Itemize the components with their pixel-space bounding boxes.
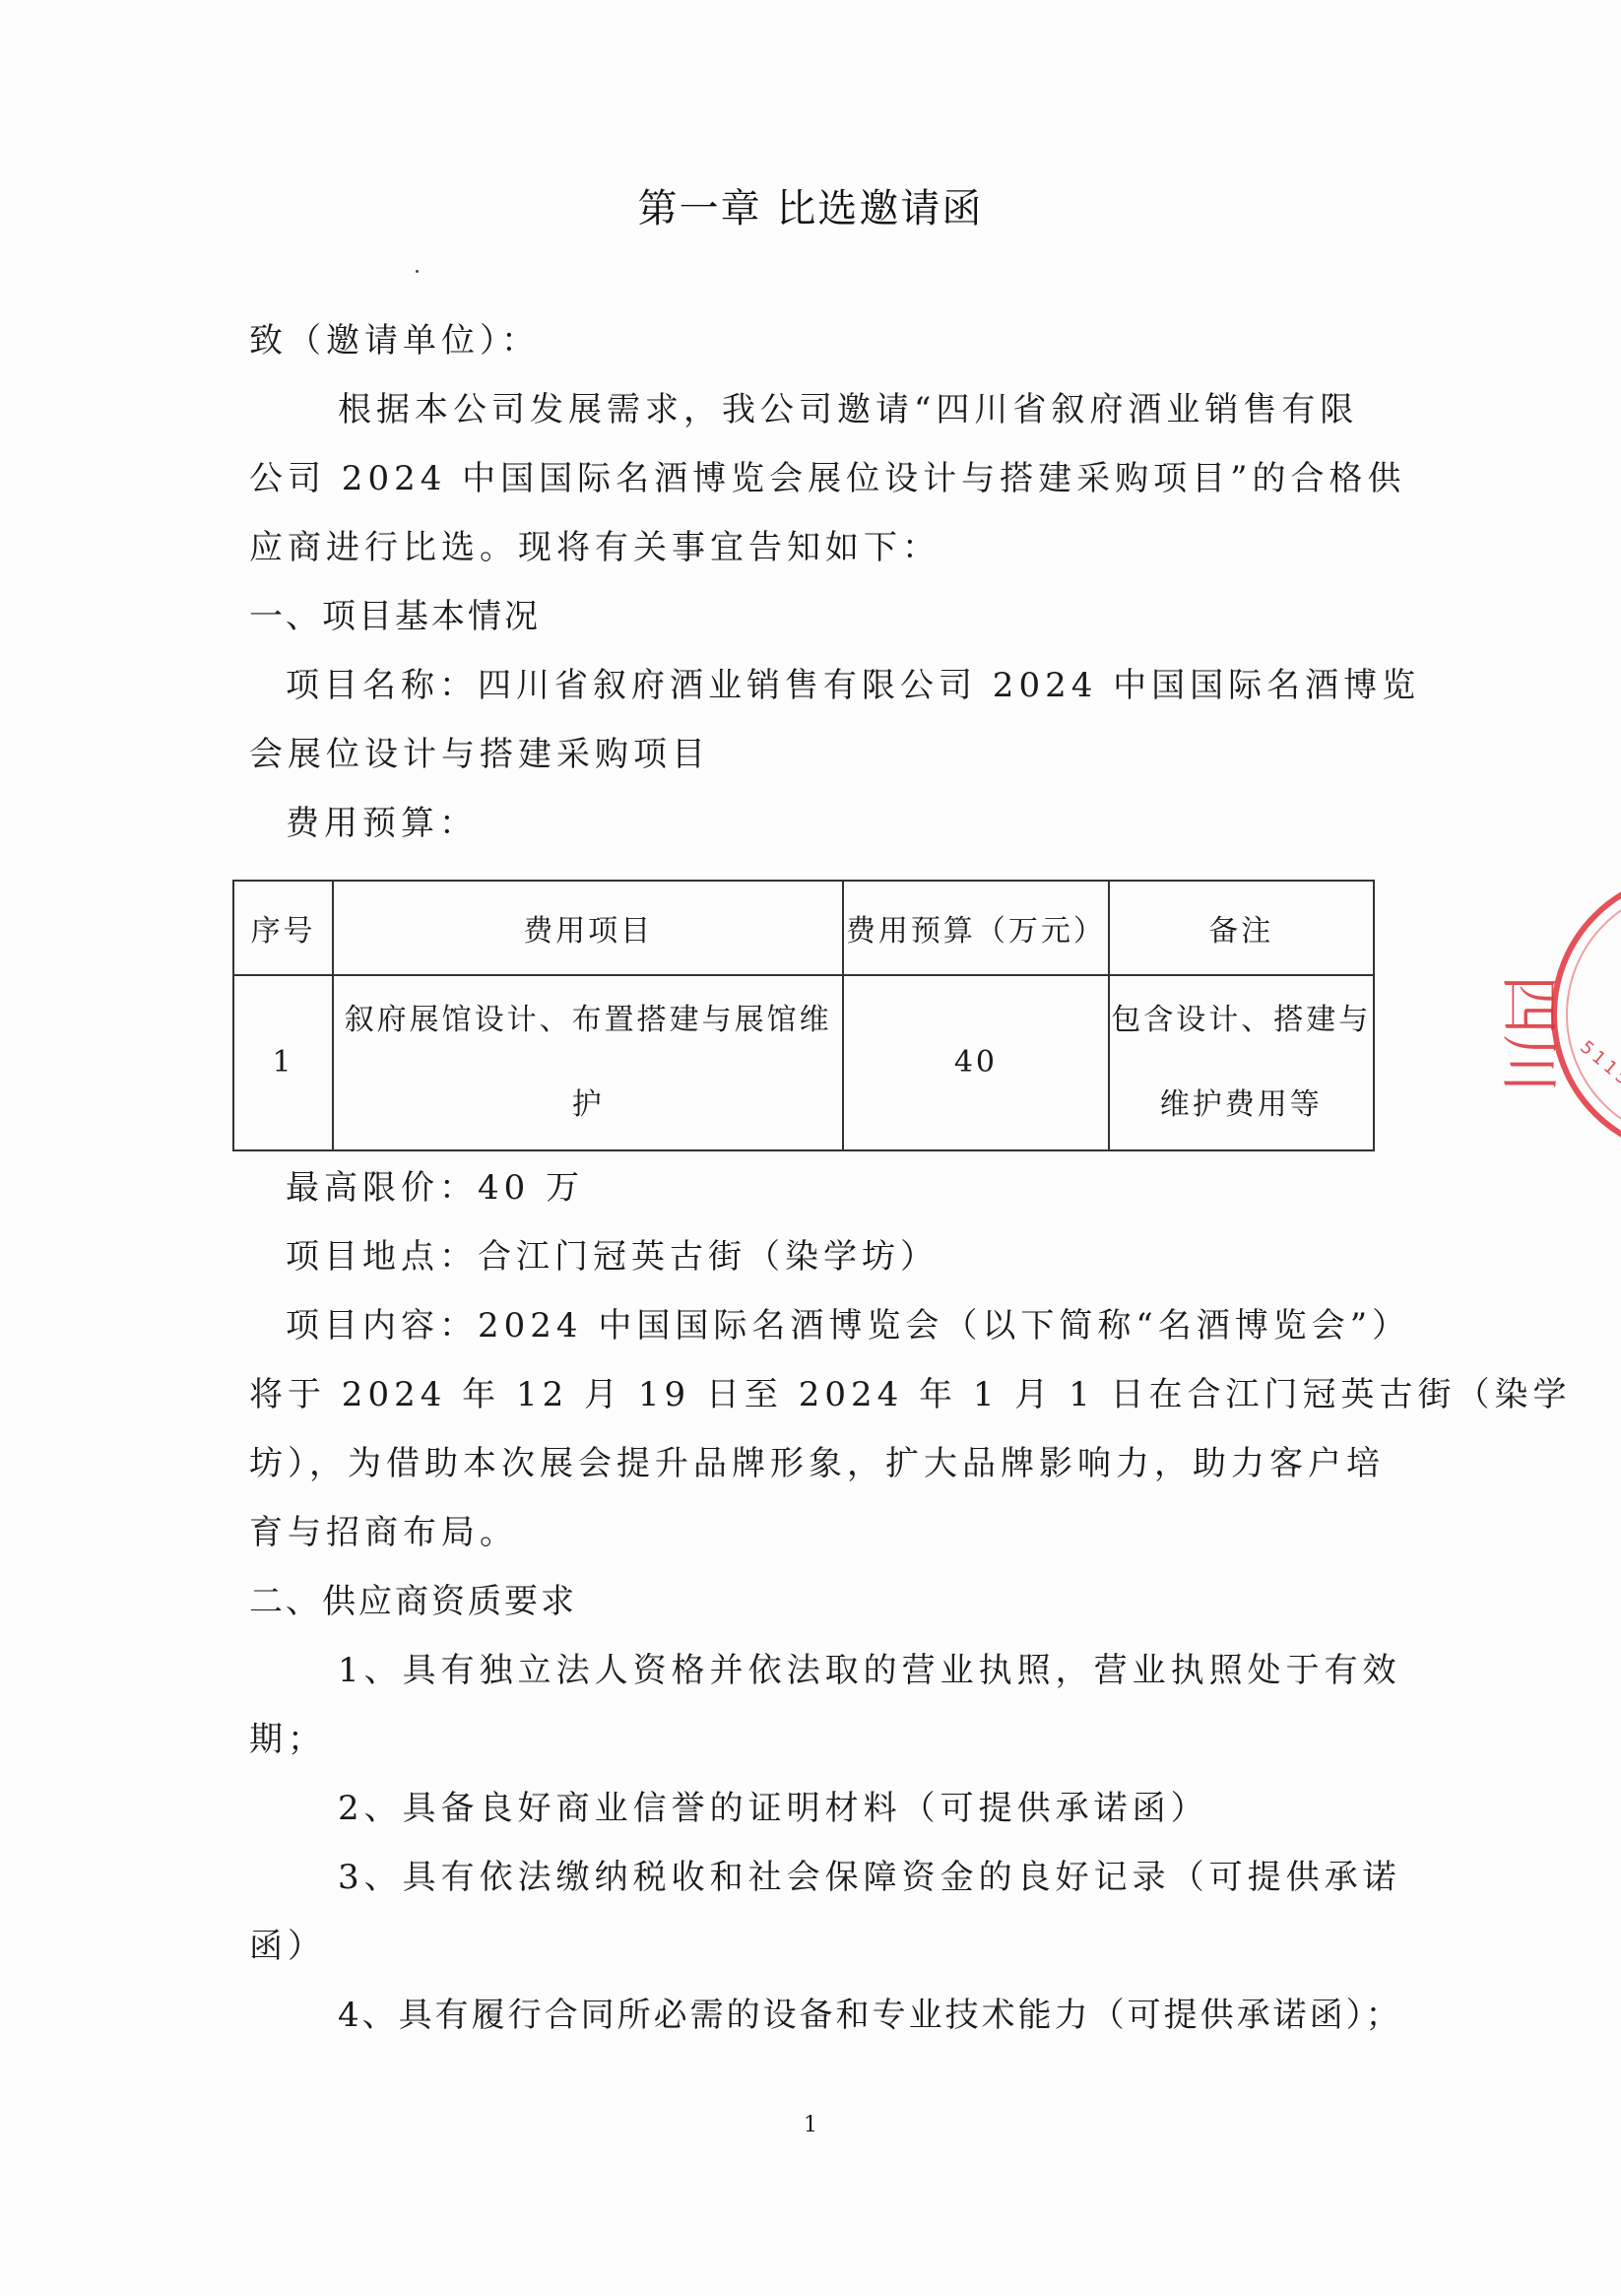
header-item: 费用项目 — [333, 881, 843, 975]
requirement-3-line-1: 3、具有依法缴纳税收和社会保障资金的良好记录（可提供承诺 — [338, 1850, 1401, 1898]
cell-note-line-1: 包含设计、搭建与 — [1111, 978, 1372, 1063]
cell-budget: 40 — [843, 975, 1108, 1150]
max-price: 最高限价：40 万 — [286, 1160, 584, 1209]
cell-item-line-2: 护 — [335, 1063, 841, 1148]
scan-speck — [416, 270, 419, 273]
section-2-heading: 二、供应商资质要求 — [249, 1574, 577, 1622]
seal-text: 四川 — [1491, 975, 1576, 1093]
header-index: 序号 — [233, 881, 333, 975]
intro-line-3: 应商进行比选。现将有关事宜告知如下： — [249, 520, 940, 568]
salutation: 致（邀请单位）： — [249, 313, 540, 361]
project-name-line-2: 会展位设计与搭建采购项目 — [249, 727, 710, 775]
requirement-2: 2、具备良好商业信誉的证明材料（可提供承诺函） — [338, 1781, 1209, 1829]
table-row: 1 叙府展馆设计、布置搭建与展馆维 护 40 包含设计、搭建与 维护费用等 — [233, 975, 1374, 1150]
content-line-4: 育与招商布局。 — [249, 1505, 518, 1553]
intro-line-2: 公司 2024 中国国际名酒博览会展位设计与搭建采购项目”的合格供 — [249, 451, 1406, 499]
budget-table: 序号 费用项目 费用预算（万元） 备注 1 叙府展馆设计、布置搭建与展馆维 护 … — [232, 880, 1375, 1151]
cell-item-line-1: 叙府展馆设计、布置搭建与展馆维 — [335, 978, 841, 1063]
cell-note-line-2: 维护费用等 — [1111, 1063, 1372, 1148]
header-budget: 费用预算（万元） — [843, 881, 1108, 975]
requirement-3-line-2: 函） — [249, 1919, 326, 1967]
project-name-line-1: 项目名称：四川省叙府酒业销售有限公司 2024 中国国际名酒博览 — [286, 658, 1420, 706]
table-header-row: 序号 费用项目 费用预算（万元） 备注 — [233, 881, 1374, 975]
content-line-1: 项目内容：2024 中国国际名酒博览会（以下简称“名酒博览会”） — [286, 1298, 1410, 1346]
section-1-heading: 一、项目基本情况 — [249, 589, 541, 637]
intro-line-1: 根据本公司发展需求，我公司邀请“四川省叙府酒业销售有限 — [338, 382, 1358, 430]
requirement-1-line-2: 期； — [249, 1712, 326, 1760]
cell-item: 叙府展馆设计、布置搭建与展馆维 护 — [333, 975, 843, 1150]
requirement-1-line-1: 1、具有独立法人资格并依法取的营业执照，营业执照处于有效 — [338, 1643, 1401, 1691]
document-page: 第一章 比选邀请函 致（邀请单位）： 根据本公司发展需求，我公司邀请“四川省叙府… — [0, 0, 1621, 2296]
content-line-2: 将于 2024 年 12 月 19 日至 2024 年 1 月 1 日在合江门冠… — [249, 1367, 1572, 1415]
cell-note: 包含设计、搭建与 维护费用等 — [1109, 975, 1374, 1150]
project-location: 项目地点：合江门冠英古街（染学坊） — [286, 1229, 939, 1278]
page-number: 1 — [0, 2113, 1621, 2137]
cell-index: 1 — [233, 975, 333, 1150]
content-line-3: 坊），为借助本次展会提升品牌形象，扩大品牌影响力，助力客户培 — [249, 1436, 1385, 1484]
requirement-4: 4、具有履行合同所必需的设备和专业技术能力（可提供承诺函）； — [338, 1988, 1402, 2036]
page-title: 第一章 比选邀请函 — [0, 177, 1621, 233]
header-note: 备注 — [1109, 881, 1374, 975]
budget-label: 费用预算： — [286, 796, 478, 844]
